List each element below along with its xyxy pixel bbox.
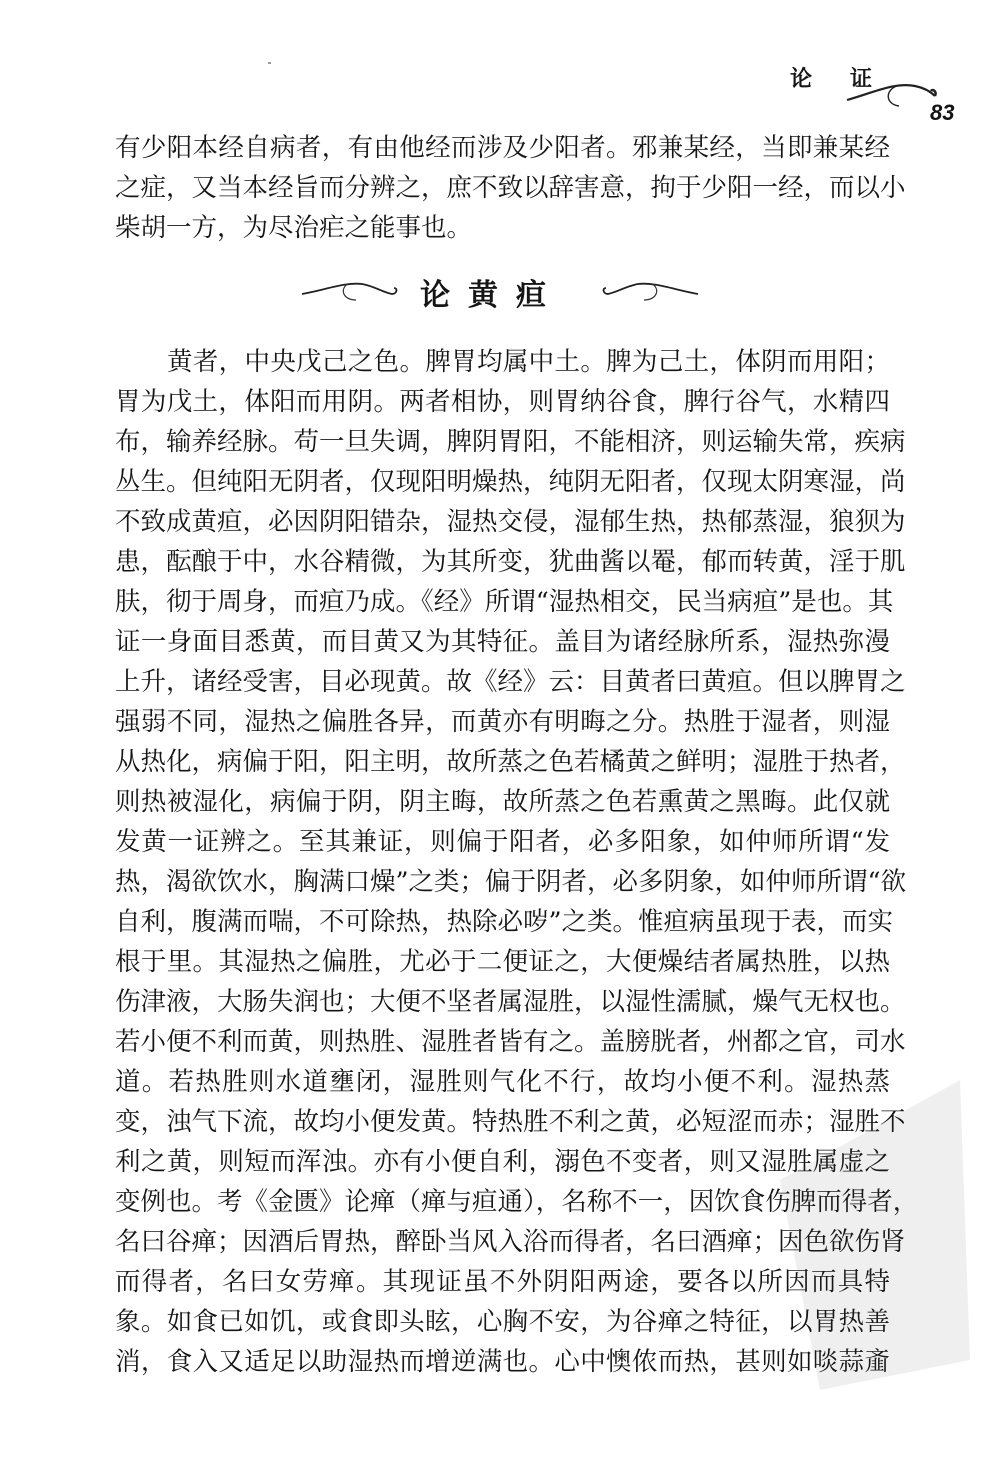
watermark-logo-icon bbox=[760, 1060, 980, 1400]
page-number: 83 bbox=[930, 100, 954, 126]
text-line: 黄者，中央戊己之色。脾胃均属中土。脾为己土，体阴而用阳； bbox=[115, 342, 890, 382]
text-line: 布，输养经脉。苟一旦失调，脾阴胃阳，不能相济，则运输失常，疾病 bbox=[115, 422, 890, 462]
text-line: 则热被湿化，病偏于阴，阴主晦，故所蒸之色若熏黄之黑晦。此仅就 bbox=[115, 782, 890, 822]
text-line: 丛生。但纯阳无阴者，仅现阳明燥热，纯阴无阳者，仅现太阴寒湿，尚 bbox=[115, 462, 890, 502]
right-flourish-icon bbox=[596, 276, 700, 306]
text-line: 根于里。其湿热之偏胜，尤必于二便证之，大便燥结者属热胜，以热 bbox=[115, 942, 890, 982]
text-line: 自利，腹满而喘，不可除热，热除必哕”之类。惟疸病虽现于表，而实 bbox=[115, 902, 890, 942]
text-line: 热，渴欲饮水，胸满口燥”之类；偏于阴者，必多阴象，如仲师所谓“欲 bbox=[115, 862, 890, 902]
text-line: 胃为戊土，体阳而用阴。两者相协，则胃纳谷食，脾行谷气，水精四 bbox=[115, 382, 890, 422]
text-line: 伤津液，大肠失润也；大便不坚者属湿胜，以湿性濡腻，燥气无权也。 bbox=[115, 982, 890, 1022]
left-flourish-icon bbox=[300, 276, 400, 306]
text-line: 证一身面目悉黄，而目黄又为其特征。盖目为诸经脉所系，湿热弥漫 bbox=[115, 622, 890, 662]
text-line: 柴胡一方，为尽治疟之能事也。 bbox=[115, 208, 890, 248]
text-line: 之症，又当本经旨而分辨之，庶不致以辞害意，拘于少阳一经，而以小 bbox=[115, 168, 890, 208]
text-line: 发黄一证辨之。至其兼证，则偏于阳者，必多阳象，如仲师所谓“发 bbox=[115, 822, 890, 862]
section-heading: 论黄疸 bbox=[300, 268, 700, 318]
text-line: 上升，诸经受害，目必现黄。故《经》云：目黄者曰黄疸。但以脾胃之 bbox=[115, 662, 890, 702]
section-title: 论黄疸 bbox=[420, 270, 564, 314]
intro-paragraph: 有少阳本经自病者，有由他经而涉及少阳者。邪兼某经，当即兼某经 之症，又当本经旨而… bbox=[115, 128, 890, 248]
running-head-char: 论 bbox=[790, 62, 812, 93]
text-line: 强弱不同，湿热之偏胜各异，而黄亦有明晦之分。热胜于湿者，则湿 bbox=[115, 702, 890, 742]
text-line: 若小便不利而黄，则热胜、湿胜者皆有之。盖膀胱者，州都之官，司水 bbox=[115, 1022, 890, 1062]
text-line: 从热化，病偏于阳，阳主明，故所蒸之色若橘黄之鲜明；湿胜于热者， bbox=[115, 742, 890, 782]
text-line: 患，酝酿于中，水谷精微，为其所变，犹曲酱以罨，郁而转黄，淫于肌 bbox=[115, 542, 890, 582]
text-line: 有少阳本经自病者，有由他经而涉及少阳者。邪兼某经，当即兼某经 bbox=[115, 128, 890, 168]
text-line: 不致成黄疸，必因阴阳错杂，湿热交侵，湿郁生热，热郁蒸湿，狼狈为 bbox=[115, 502, 890, 542]
scan-speck bbox=[268, 62, 271, 64]
text-line: 肤，彻于周身，而疸乃成。《经》所谓“湿热相交，民当病疸”是也。其 bbox=[115, 582, 890, 622]
